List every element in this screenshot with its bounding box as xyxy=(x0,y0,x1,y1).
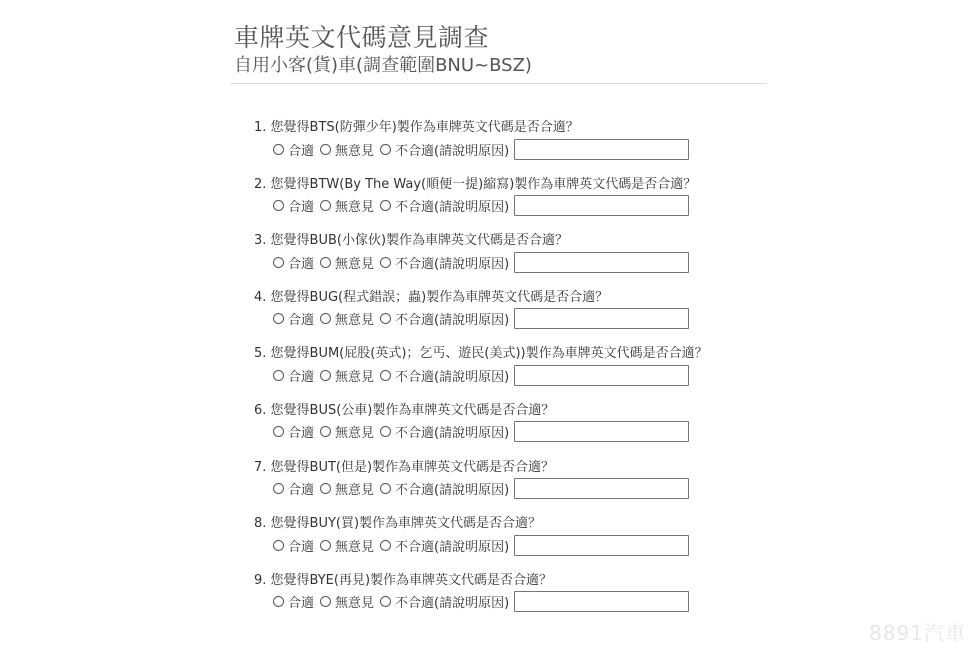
radio-icon[interactable] xyxy=(273,483,284,494)
option-label: 無意見 xyxy=(335,536,374,555)
radio-icon[interactable] xyxy=(273,426,284,437)
option-label: 不合適(請說明原因) xyxy=(395,479,509,498)
option-suitable[interactable]: 合適 xyxy=(273,366,314,385)
option-unsuitable[interactable]: 不合適(請說明原因) xyxy=(380,253,509,272)
option-unsuitable[interactable]: 不合適(請說明原因) xyxy=(380,422,509,441)
option-label: 無意見 xyxy=(335,479,374,498)
question-1: 1. 您覺得BTS(防彈少年)製作為車牌英文代碼是否合適？ 合適 無意見 不合適… xyxy=(254,118,774,175)
option-suitable[interactable]: 合適 xyxy=(273,309,314,328)
radio-icon[interactable] xyxy=(320,313,331,324)
option-no-opinion[interactable]: 無意見 xyxy=(320,196,374,215)
question-8: 8. 您覺得BUY(買)製作為車牌英文代碼是否合適？ 合適 無意見 不合適(請說… xyxy=(254,514,774,571)
option-label: 不合適(請說明原因) xyxy=(395,309,509,328)
reason-input[interactable] xyxy=(514,195,689,216)
radio-icon[interactable] xyxy=(273,200,284,211)
answer-options: 合適 無意見 不合適(請說明原因) xyxy=(273,138,774,160)
radio-icon[interactable] xyxy=(273,313,284,324)
question-4: 4. 您覺得BUG(程式錯誤；蟲)製作為車牌英文代碼是否合適？ 合適 無意見 不… xyxy=(254,288,774,345)
option-no-opinion[interactable]: 無意見 xyxy=(320,140,374,159)
option-label: 合適 xyxy=(288,422,314,441)
option-no-opinion[interactable]: 無意見 xyxy=(320,253,374,272)
radio-icon[interactable] xyxy=(320,596,331,607)
option-label: 無意見 xyxy=(335,592,374,611)
answer-options: 合適 無意見 不合適(請說明原因) xyxy=(273,421,774,443)
question-text: 1. 您覺得BTS(防彈少年)製作為車牌英文代碼是否合適？ xyxy=(254,118,774,138)
page-title: 車牌英文代碼意見調查 xyxy=(234,22,767,54)
option-unsuitable[interactable]: 不合適(請說明原因) xyxy=(380,366,509,385)
radio-icon[interactable] xyxy=(273,540,284,551)
option-suitable[interactable]: 合適 xyxy=(273,479,314,498)
option-label: 合適 xyxy=(288,592,314,611)
answer-options: 合適 無意見 不合適(請說明原因) xyxy=(273,364,774,386)
option-no-opinion[interactable]: 無意見 xyxy=(320,366,374,385)
radio-icon[interactable] xyxy=(273,596,284,607)
radio-icon[interactable] xyxy=(320,200,331,211)
option-label: 不合適(請說明原因) xyxy=(395,140,509,159)
option-label: 合適 xyxy=(288,309,314,328)
option-label: 不合適(請說明原因) xyxy=(395,536,509,555)
option-suitable[interactable]: 合適 xyxy=(273,422,314,441)
option-label: 無意見 xyxy=(335,309,374,328)
question-text: 5. 您覺得BUM(屁股(英式)；乞丐、遊民(美式))製作為車牌英文代碼是否合適… xyxy=(254,344,774,364)
option-suitable[interactable]: 合適 xyxy=(273,140,314,159)
question-text: 6. 您覺得BUS(公車)製作為車牌英文代碼是否合適？ xyxy=(254,401,774,421)
radio-icon[interactable] xyxy=(380,596,391,607)
reason-input[interactable] xyxy=(514,308,689,329)
option-label: 不合適(請說明原因) xyxy=(395,366,509,385)
reason-input[interactable] xyxy=(514,365,689,386)
option-label: 無意見 xyxy=(335,140,374,159)
question-6: 6. 您覺得BUS(公車)製作為車牌英文代碼是否合適？ 合適 無意見 不合適(請… xyxy=(254,401,774,458)
radio-icon[interactable] xyxy=(380,540,391,551)
answer-options: 合適 無意見 不合適(請說明原因) xyxy=(273,534,774,556)
radio-icon[interactable] xyxy=(320,257,331,268)
reason-input[interactable] xyxy=(514,421,689,442)
radio-icon[interactable] xyxy=(380,483,391,494)
radio-icon[interactable] xyxy=(320,540,331,551)
option-unsuitable[interactable]: 不合適(請說明原因) xyxy=(380,536,509,555)
option-suitable[interactable]: 合適 xyxy=(273,253,314,272)
question-text: 4. 您覺得BUG(程式錯誤；蟲)製作為車牌英文代碼是否合適？ xyxy=(254,288,774,308)
option-label: 合適 xyxy=(288,140,314,159)
radio-icon[interactable] xyxy=(273,370,284,381)
answer-options: 合適 無意見 不合適(請說明原因) xyxy=(273,591,774,613)
question-7: 7. 您覺得BUT(但是)製作為車牌英文代碼是否合適？ 合適 無意見 不合適(請… xyxy=(254,458,774,515)
option-unsuitable[interactable]: 不合適(請說明原因) xyxy=(380,479,509,498)
option-unsuitable[interactable]: 不合適(請說明原因) xyxy=(380,309,509,328)
answer-options: 合適 無意見 不合適(請說明原因) xyxy=(273,478,774,500)
option-label: 合適 xyxy=(288,196,314,215)
radio-icon[interactable] xyxy=(380,200,391,211)
option-label: 不合適(請說明原因) xyxy=(395,422,509,441)
option-label: 不合適(請說明原因) xyxy=(395,196,509,215)
reason-input[interactable] xyxy=(514,478,689,499)
option-no-opinion[interactable]: 無意見 xyxy=(320,479,374,498)
question-text: 7. 您覺得BUT(但是)製作為車牌英文代碼是否合適？ xyxy=(254,458,774,478)
header-divider xyxy=(230,83,767,84)
option-label: 合適 xyxy=(288,479,314,498)
option-unsuitable[interactable]: 不合適(請說明原因) xyxy=(380,196,509,215)
answer-options: 合適 無意見 不合適(請說明原因) xyxy=(273,308,774,330)
reason-input[interactable] xyxy=(514,139,689,160)
question-text: 2. 您覺得BTW(By The Way(順便一提)縮寫)製作為車牌英文代碼是否… xyxy=(254,175,774,195)
option-label: 無意見 xyxy=(335,366,374,385)
radio-icon[interactable] xyxy=(380,426,391,437)
question-9: 9. 您覺得BYE(再見)製作為車牌英文代碼是否合適？ 合適 無意見 不合適(請… xyxy=(254,571,774,628)
survey-header: 車牌英文代碼意見調查 自用小客(貨)車(調查範圍BNU~BSZ) xyxy=(230,22,767,78)
page-subtitle: 自用小客(貨)車(調查範圍BNU~BSZ) xyxy=(234,54,767,78)
option-label: 合適 xyxy=(288,366,314,385)
radio-icon[interactable] xyxy=(320,426,331,437)
option-suitable[interactable]: 合適 xyxy=(273,592,314,611)
question-text: 9. 您覺得BYE(再見)製作為車牌英文代碼是否合適？ xyxy=(254,571,774,591)
answer-options: 合適 無意見 不合適(請說明原因) xyxy=(273,195,774,217)
radio-icon[interactable] xyxy=(320,144,331,155)
reason-input[interactable] xyxy=(514,591,689,612)
option-no-opinion[interactable]: 無意見 xyxy=(320,536,374,555)
radio-icon[interactable] xyxy=(273,257,284,268)
radio-icon[interactable] xyxy=(320,370,331,381)
option-suitable[interactable]: 合適 xyxy=(273,196,314,215)
option-unsuitable[interactable]: 不合適(請說明原因) xyxy=(380,592,509,611)
question-2: 2. 您覺得BTW(By The Way(順便一提)縮寫)製作為車牌英文代碼是否… xyxy=(254,175,774,232)
radio-icon[interactable] xyxy=(273,144,284,155)
question-text: 8. 您覺得BUY(買)製作為車牌英文代碼是否合適？ xyxy=(254,514,774,534)
answer-options: 合適 無意見 不合適(請說明原因) xyxy=(273,251,774,273)
option-label: 無意見 xyxy=(335,253,374,272)
option-label: 合適 xyxy=(288,253,314,272)
watermark-logo: 8891汽車 xyxy=(869,617,966,646)
radio-icon[interactable] xyxy=(380,313,391,324)
question-5: 5. 您覺得BUM(屁股(英式)；乞丐、遊民(美式))製作為車牌英文代碼是否合適… xyxy=(254,344,774,401)
reason-input[interactable] xyxy=(514,252,689,273)
option-unsuitable[interactable]: 不合適(請說明原因) xyxy=(380,140,509,159)
question-list: 1. 您覺得BTS(防彈少年)製作為車牌英文代碼是否合適？ 合適 無意見 不合適… xyxy=(254,118,774,627)
option-no-opinion[interactable]: 無意見 xyxy=(320,592,374,611)
option-label: 無意見 xyxy=(335,196,374,215)
radio-icon[interactable] xyxy=(380,144,391,155)
radio-icon[interactable] xyxy=(320,483,331,494)
question-3: 3. 您覺得BUB(小傢伙)製作為車牌英文代碼是否合適？ 合適 無意見 不合適(… xyxy=(254,231,774,288)
option-no-opinion[interactable]: 無意見 xyxy=(320,309,374,328)
option-label: 無意見 xyxy=(335,422,374,441)
option-no-opinion[interactable]: 無意見 xyxy=(320,422,374,441)
radio-icon[interactable] xyxy=(380,370,391,381)
option-label: 不合適(請說明原因) xyxy=(395,592,509,611)
radio-icon[interactable] xyxy=(380,257,391,268)
reason-input[interactable] xyxy=(514,535,689,556)
question-text: 3. 您覺得BUB(小傢伙)製作為車牌英文代碼是否合適？ xyxy=(254,231,774,251)
option-label: 不合適(請說明原因) xyxy=(395,253,509,272)
option-suitable[interactable]: 合適 xyxy=(273,536,314,555)
option-label: 合適 xyxy=(288,536,314,555)
